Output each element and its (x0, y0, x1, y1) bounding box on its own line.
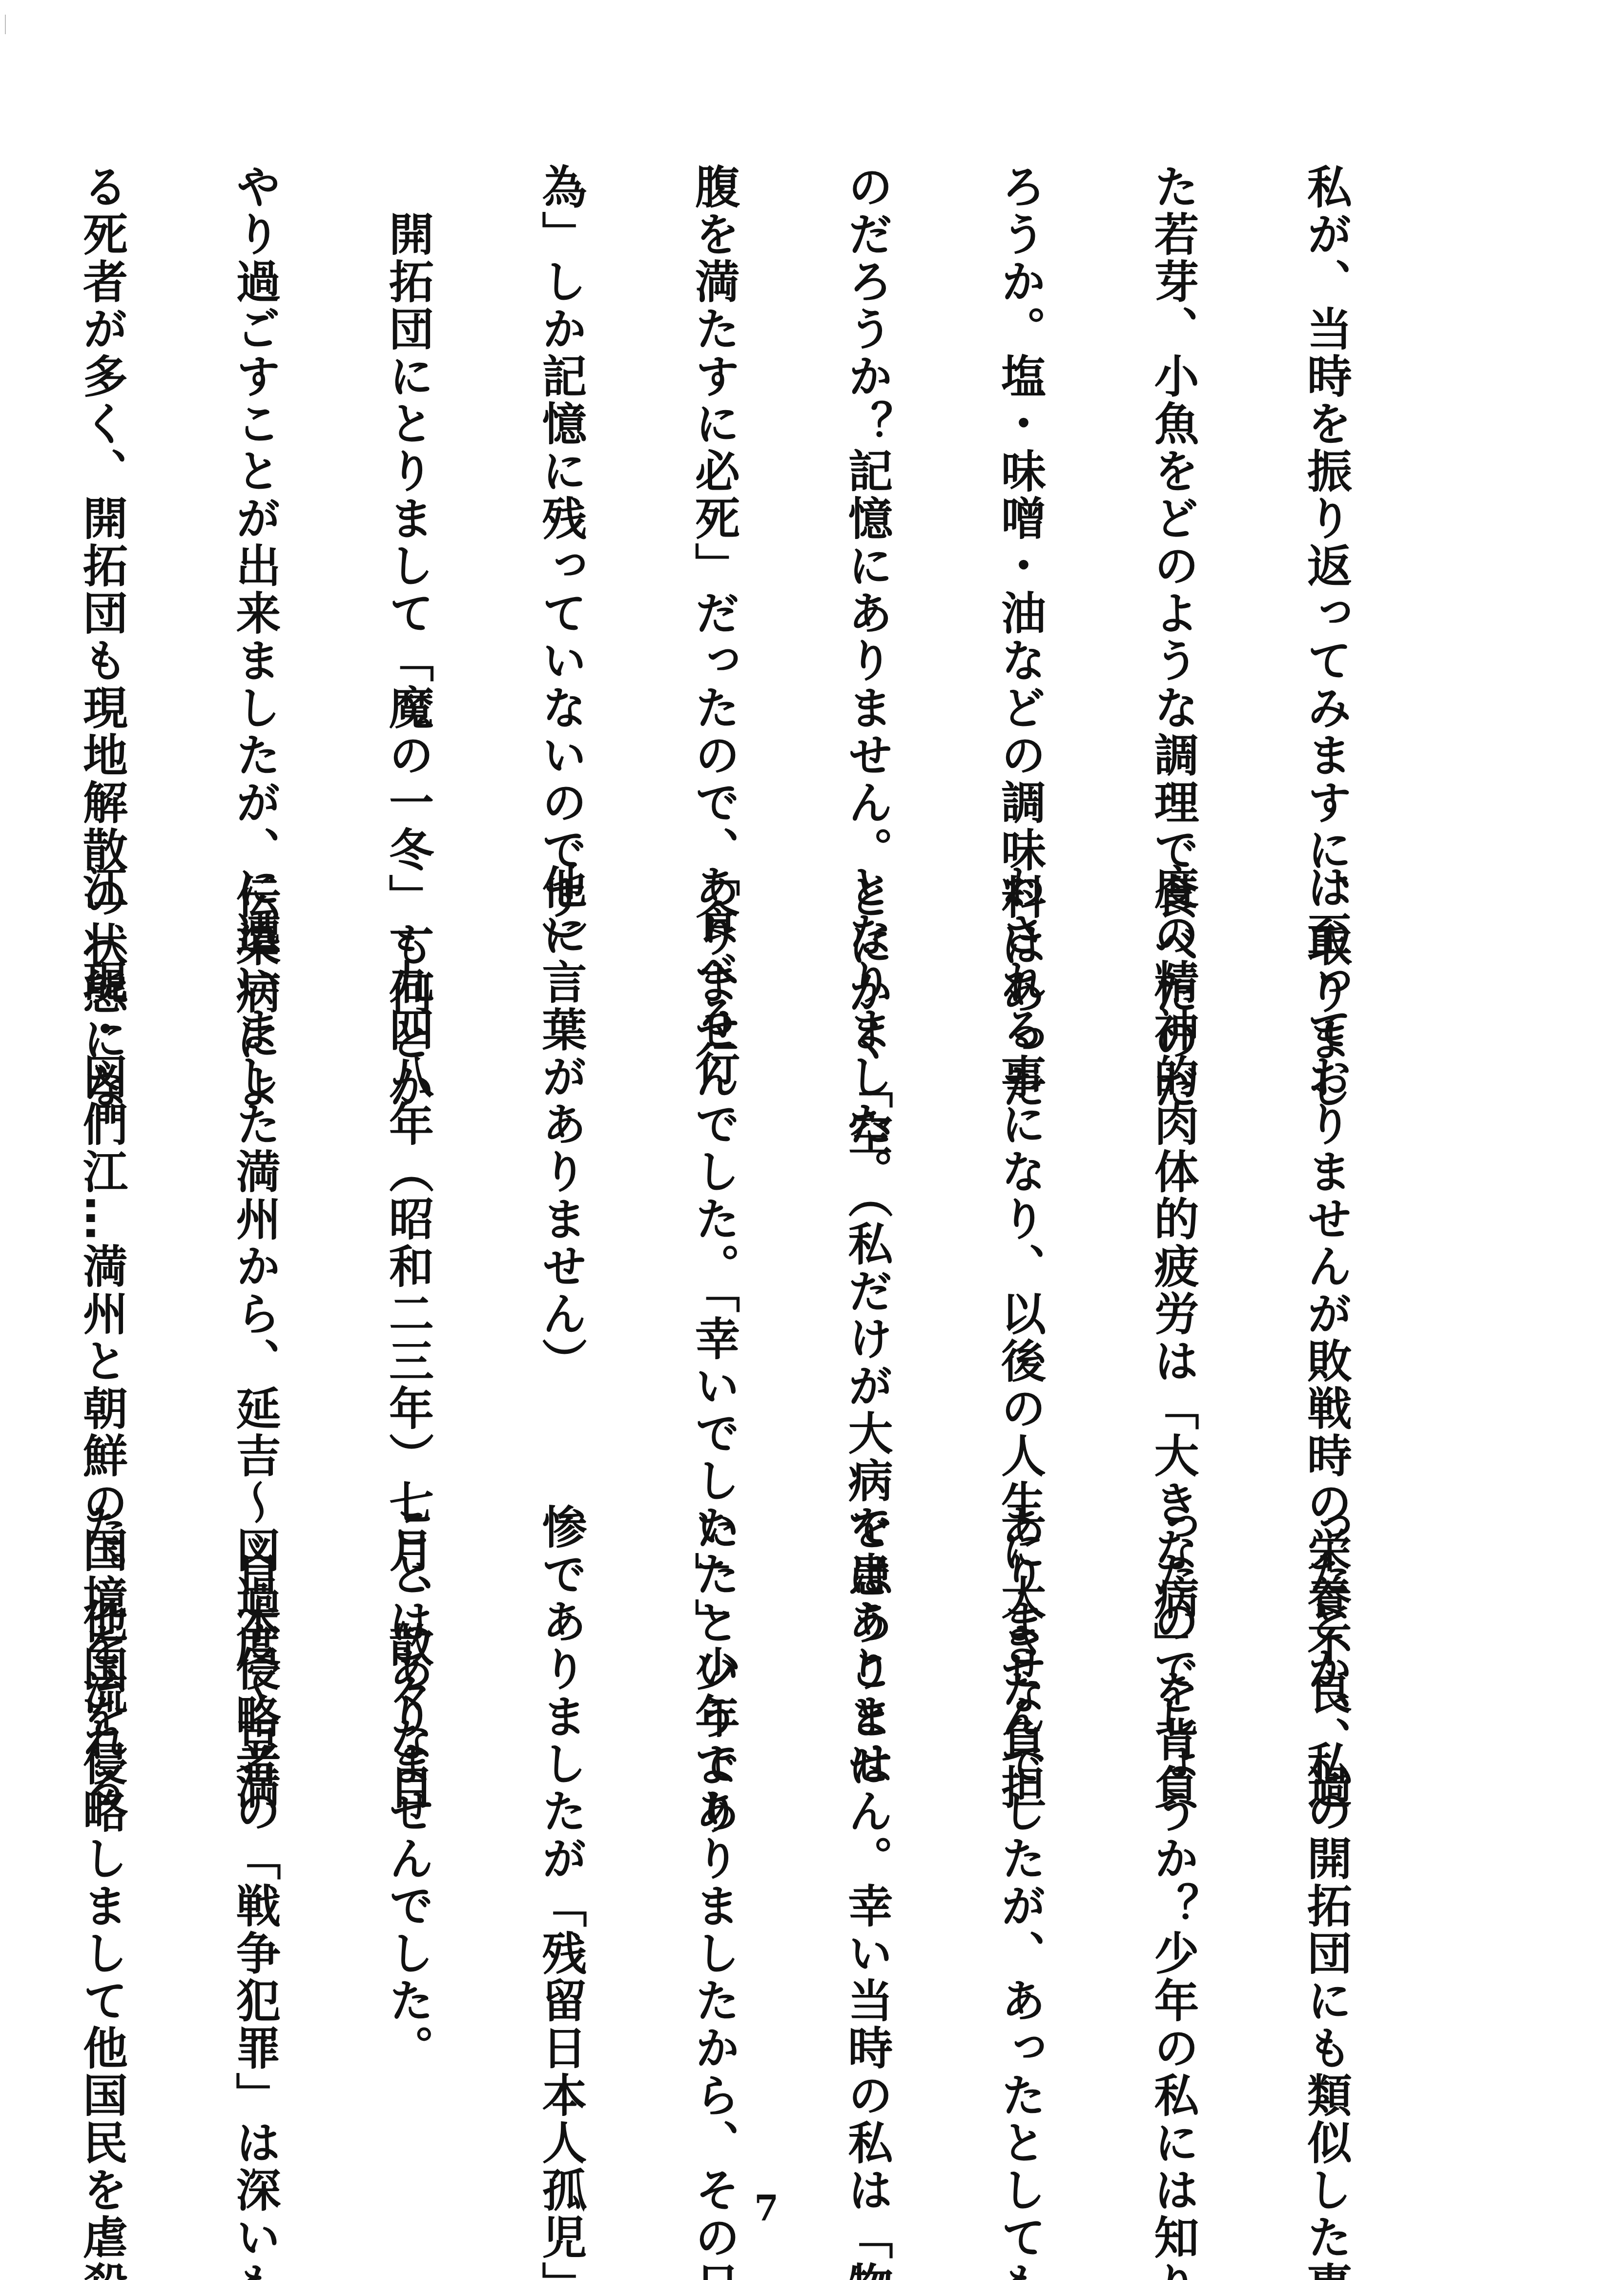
text-tier-middle: は至っておりませんが敗戦時の栄養不良、過 度の精神的肉体的疲労は「大きな病」を背… (174, 864, 1453, 1489)
text-column: 腹を満たすに必死」だったので、「食べる行 (688, 164, 740, 788)
text-column: ありませんでしたが、あったとしても不思議 (994, 1504, 1046, 2129)
page-number: 7 (754, 2187, 779, 2229)
text-column: 他に言葉がありません） (535, 864, 586, 1489)
text-column: 開拓団にとりまして「魔の一冬」も何とか (382, 164, 433, 788)
text-column: 私が、当時を振り返ってみますに、取りまし (1300, 164, 1352, 788)
text-column: ったのでしょうか？少年の私には知りようが (1147, 1504, 1198, 2129)
text-column: わされる事になり、以後の人生に大きな負担 (994, 864, 1046, 1489)
text-column: ありませんでした。「幸いでした」というより (688, 864, 740, 1489)
text-column: ことはありませんでした。 (382, 1504, 433, 2129)
text-column: ったとか、私の開拓団にも類似した事例があ (1300, 1504, 1352, 2129)
text-tier-bottom: ったとか、私の開拓団にも類似した事例があ ったのでしょうか？少年の私には知りよう… (174, 1504, 1453, 2129)
text-column: 為」しか記憶に残っていないのです） (535, 164, 586, 788)
text-column: た。他国を侵略しまして他国民を虐殺・蹂躙 (76, 1504, 127, 2129)
text-column: ろうか。塩・味噌・油などの調味料はあった (994, 164, 1046, 788)
text-column: のだろうか？記憶にありません。とにかく「空 (841, 164, 892, 788)
text-column: やり過ごすことが出来ましたが、伝染病によ (229, 164, 280, 788)
document-page: 私が、当時を振り返ってみますに、取りまし た若芽、小魚をどのような調理で食べたの… (0, 0, 1624, 2280)
text-column: に遭いました満州から、延吉～図過度～豆満 (229, 864, 280, 1489)
text-column: は至っておりませんが敗戦時の栄養不良、過 (1300, 864, 1352, 1489)
text-column: 江（現・図們江…満州と朝鮮の国境を流れる (76, 864, 127, 1489)
text-column: 惨でありましたが「残留日本人孤児」になる (535, 1504, 586, 2129)
scan-artifact (5, 15, 8, 34)
text-column: 一九四八年（昭和二三年）七月、散々な目 (382, 864, 433, 1489)
text-tier-top: 私が、当時を振り返ってみますに、取りまし た若芽、小魚をどのような調理で食べたの… (174, 164, 1453, 788)
text-column: た若芽、小魚をどのような調理で食べたのだ (1147, 164, 1198, 788)
text-column: となりました。（私だけが大病を患うことは (841, 864, 892, 1489)
text-column: ではありません。幸い当時の私は「物心のつ (841, 1504, 892, 2129)
text-column: る死者が多く、開拓団も現地解散の状態にな (76, 164, 127, 788)
text-column: 日本侵略者の「戦争犯罪」は深いものでし (229, 1504, 280, 2129)
text-column: いた」少年でありましたから、その日々は悲 (688, 1504, 740, 2129)
text-column: 度の精神的肉体的疲労は「大きな病」を背負 (1147, 864, 1198, 1489)
